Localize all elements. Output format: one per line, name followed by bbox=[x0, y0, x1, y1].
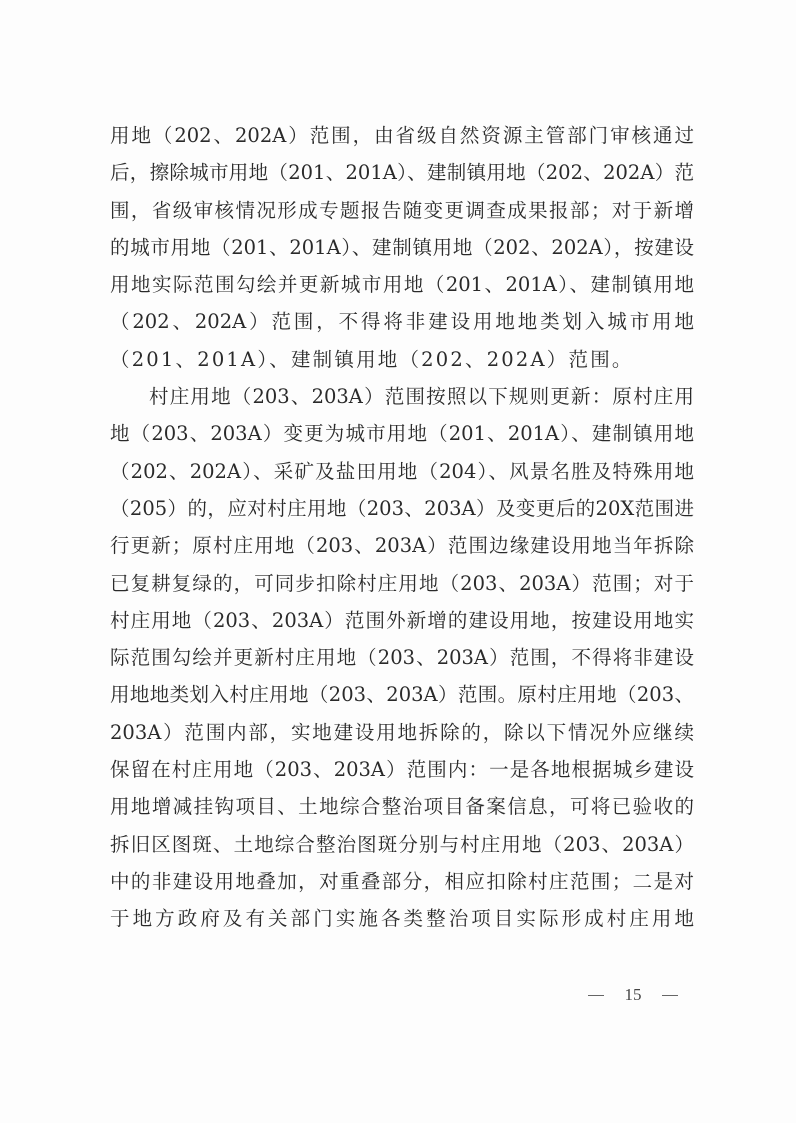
text-line: 中的非建设用地叠加，对重叠部分，相应扣除村庄范围；二是对 bbox=[110, 863, 694, 900]
text-line: 已复耕复绿的，可同步扣除村庄用地（203、203A）范围；对于 bbox=[110, 565, 694, 602]
dash-left bbox=[588, 995, 604, 996]
text-line: 围，省级审核情况形成专题报告随变更调查成果报部；对于新增 bbox=[110, 192, 694, 229]
document-page: 用地（202、202A）范围，由省级自然资源主管部门审核通过 后，擦除城市用地（… bbox=[0, 0, 796, 1123]
text-line: 用地增减挂钩项目、土地综合整治项目备案信息，可将已验收的 bbox=[110, 788, 694, 825]
text-line: 用地实际范围勾绘并更新城市用地（201、201A）、建制镇用地 bbox=[110, 266, 694, 303]
text-line: 用地（202、202A）范围，由省级自然资源主管部门审核通过 bbox=[110, 117, 694, 154]
text-line: 行更新；原村庄用地（203、203A）范围边缘建设用地当年拆除 bbox=[110, 527, 694, 564]
text-line: （202、202A）范围，不得将非建设用地地类划入城市用地 bbox=[110, 303, 694, 340]
text-line: （201、201A）、建制镇用地（202、202A）范围。 bbox=[110, 341, 694, 378]
dash-right bbox=[662, 995, 678, 996]
text-line: 后，擦除城市用地（201、201A）、建制镇用地（202、202A）范 bbox=[110, 154, 694, 191]
text-line: （205）的，应对村庄用地（203、203A）及变更后的20X范围进 bbox=[110, 490, 694, 527]
text-line: （202、202A）、采矿及盐田用地（204）、风景名胜及特殊用地 bbox=[110, 453, 694, 490]
text-line: 际范围勾绘并更新村庄用地（203、203A）范围，不得将非建设 bbox=[110, 639, 694, 676]
paragraph-first-line: 村庄用地（203、203A）范围按照以下规则更新：原村庄用 bbox=[110, 378, 694, 415]
page-number: 15 bbox=[588, 982, 678, 1008]
text-line: 村庄用地（203、203A）范围外新增的建设用地，按建设用地实 bbox=[110, 602, 694, 639]
text-line: 保留在村庄用地（203、203A）范围内：一是各地根据城乡建设 bbox=[110, 751, 694, 788]
text-line: 拆旧区图斑、土地综合整治图斑分别与村庄用地（203、203A） bbox=[110, 826, 694, 863]
text-line: 于地方政府及有关部门实施各类整治项目实际形成村庄用地 bbox=[110, 900, 694, 937]
text-line: 用地地类划入村庄用地（203、203A）范围。原村庄用地（203、 bbox=[110, 676, 694, 713]
body-text: 用地（202、202A）范围，由省级自然资源主管部门审核通过 后，擦除城市用地（… bbox=[110, 117, 694, 938]
text-line: 地（203、203A）变更为城市用地（201、201A）、建制镇用地 bbox=[110, 415, 694, 452]
text-line: 的城市用地（201、201A）、建制镇用地（202、202A），按建设 bbox=[110, 229, 694, 266]
page-number-value: 15 bbox=[625, 982, 642, 1008]
text-line: 203A）范围内部，实地建设用地拆除的，除以下情况外应继续 bbox=[110, 714, 694, 751]
